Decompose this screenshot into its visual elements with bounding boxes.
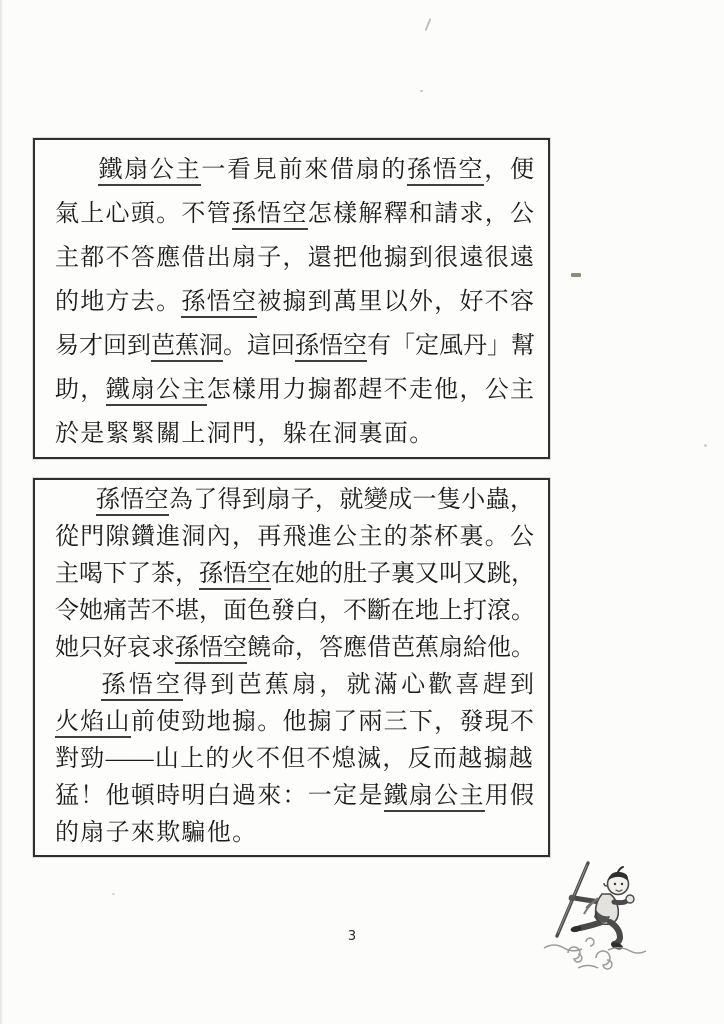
text-segment: 得到芭蕉扇，就滿心歡喜趕到	[183, 672, 537, 698]
text-segment: 主喝下了茶，	[55, 561, 199, 587]
paragraph-indent	[55, 176, 98, 177]
story-box-2: 孫悟空為了得到扇子，就變成一隻小蟲，從門隙鑽進洞內，再飛進公主的茶杯裏。公主喝下…	[33, 478, 550, 857]
text-line: 從門隙鑽進洞內，再飛進公主的茶杯裏。公	[55, 519, 534, 556]
text-segment: 氣上心頭。不管	[55, 201, 232, 227]
scan-mark-artifact	[425, 18, 432, 31]
scanned-page: 鐵扇公主一看見前來借扇的孫悟空，便氣上心頭。不管孫悟空怎樣解釋和請求，公主都不答…	[0, 0, 724, 1024]
sun-wukong-illustration	[538, 850, 678, 980]
text-segment: 怎樣用力搧都趕不走他，公主	[207, 377, 536, 403]
proper-noun-underlined: 孫悟空	[101, 672, 183, 701]
proper-noun-underlined: 孫悟空	[232, 201, 308, 230]
text-line: 的扇子來欺騙他。	[55, 815, 534, 852]
story-box-1: 鐵扇公主一看見前來借扇的孫悟空，便氣上心頭。不管孫悟空怎樣解釋和請求，公主都不答…	[33, 138, 550, 459]
proper-noun-underlined: 孫悟空	[199, 561, 271, 590]
proper-noun-underlined: 芭蕉洞	[151, 333, 223, 362]
proper-noun-underlined: 孫悟空	[295, 333, 367, 362]
story-text-1: 鐵扇公主一看見前來借扇的孫悟空，便氣上心頭。不管孫悟空怎樣解釋和請求，公主都不答…	[55, 148, 534, 456]
scan-speck	[112, 893, 115, 895]
paragraph-indent	[55, 691, 101, 692]
text-segment: 怎樣解釋和請求，公	[308, 201, 536, 227]
text-line: 猛！他頓時明白過來：一定是鐵扇公主用假	[55, 778, 534, 815]
text-segment: 饒命，答應借芭蕉扇給他。	[247, 635, 535, 661]
proper-noun-underlined: 鐵扇公主	[98, 157, 201, 186]
text-segment: 主都不答應借出扇子，還把他搧到很遠很遠	[55, 245, 535, 271]
text-segment: 從門隙鑽進洞內，再飛進公主的茶杯裏。公	[55, 524, 535, 550]
story-text-2: 孫悟空為了得到扇子，就變成一隻小蟲，從門隙鑽進洞內，再飛進公主的茶杯裏。公主喝下…	[55, 482, 534, 852]
text-line: 孫悟空為了得到扇子，就變成一隻小蟲，	[55, 482, 534, 519]
text-segment: 。這回	[223, 333, 295, 359]
scan-mark-artifact	[571, 273, 581, 277]
text-segment: 有「定風丹」幫	[367, 333, 535, 359]
text-segment: 山上的火不但不熄滅，反而越搧越	[155, 746, 534, 772]
proper-noun-underlined: 火焰山	[55, 709, 131, 738]
text-line: 易才回到芭蕉洞。這回孫悟空有「定風丹」幫	[55, 324, 534, 368]
proper-noun-underlined: 鐵扇公主	[384, 783, 485, 812]
text-segment: 在她的肚子裏又叫又跳，	[271, 561, 535, 587]
proper-noun-underlined: 孫悟空	[181, 289, 257, 318]
text-line: 主都不答應借出扇子，還把他搧到很遠很遠	[55, 236, 534, 280]
text-segment: ，便	[484, 157, 535, 183]
text-segment: 用假	[485, 783, 536, 809]
page-number: 3	[340, 929, 364, 944]
text-segment: 猛！他頓時明白過來：一定是	[55, 783, 384, 809]
text-line: 於是緊緊關上洞門，躲在洞裏面。	[55, 412, 534, 456]
proper-noun-underlined: 孫悟空	[407, 157, 484, 186]
text-line: 孫悟空得到芭蕉扇，就滿心歡喜趕到	[55, 667, 534, 704]
text-line: 助，鐵扇公主怎樣用力搧都趕不走他，公主	[55, 368, 534, 412]
text-line: 的地方去。孫悟空被搧到萬里以外，好不容	[55, 280, 534, 324]
paragraph-indent	[55, 506, 96, 507]
text-segment: 於是緊緊關上洞門，躲在洞裏面。	[55, 421, 435, 447]
text-segment: 前使勁地搧。他搧了兩三下，發現不	[131, 709, 535, 735]
monkey-figure	[569, 867, 634, 951]
text-line: 鐵扇公主一看見前來借扇的孫悟空，便	[55, 148, 534, 192]
text-line: 她只好哀求孫悟空饒命，答應借芭蕉扇給他。	[55, 630, 534, 667]
scan-edge-artifact	[0, 0, 3, 1024]
text-segment: 的扇子來欺騙他。	[55, 820, 257, 846]
proper-noun-underlined: 孫悟空	[96, 487, 169, 516]
text-line: 主喝下了茶，孫悟空在她的肚子裏又叫又跳，	[55, 556, 534, 593]
text-segment: 被搧到萬里以外，好不容	[257, 289, 535, 315]
em-dash: ——	[106, 746, 154, 772]
text-segment: 助，	[55, 377, 106, 403]
scan-speck	[420, 90, 423, 92]
text-segment: 她只好哀求	[55, 635, 175, 661]
text-line: 令她痛苦不堪，面色發白，不斷在地上打滾。	[55, 593, 534, 630]
text-segment: 的地方去。	[55, 289, 181, 315]
text-segment: 一看見前來借扇的	[201, 157, 407, 183]
proper-noun-underlined: 孫悟空	[175, 635, 247, 664]
scan-speck	[704, 444, 707, 447]
proper-noun-underlined: 鐵扇公主	[106, 377, 207, 406]
cloud-swirls	[544, 938, 646, 969]
text-line: 氣上心頭。不管孫悟空怎樣解釋和請求，公	[55, 192, 534, 236]
text-segment: 對勁	[55, 746, 106, 772]
text-line: 火焰山前使勁地搧。他搧了兩三下，發現不	[55, 704, 534, 741]
text-line: 對勁——山上的火不但不熄滅，反而越搧越	[55, 741, 534, 778]
text-segment: 易才回到	[55, 333, 151, 359]
text-segment: 令她痛苦不堪，面色發白，不斷在地上打滾。	[55, 598, 535, 624]
text-segment: 為了得到扇子，就變成一隻小蟲，	[169, 487, 535, 513]
